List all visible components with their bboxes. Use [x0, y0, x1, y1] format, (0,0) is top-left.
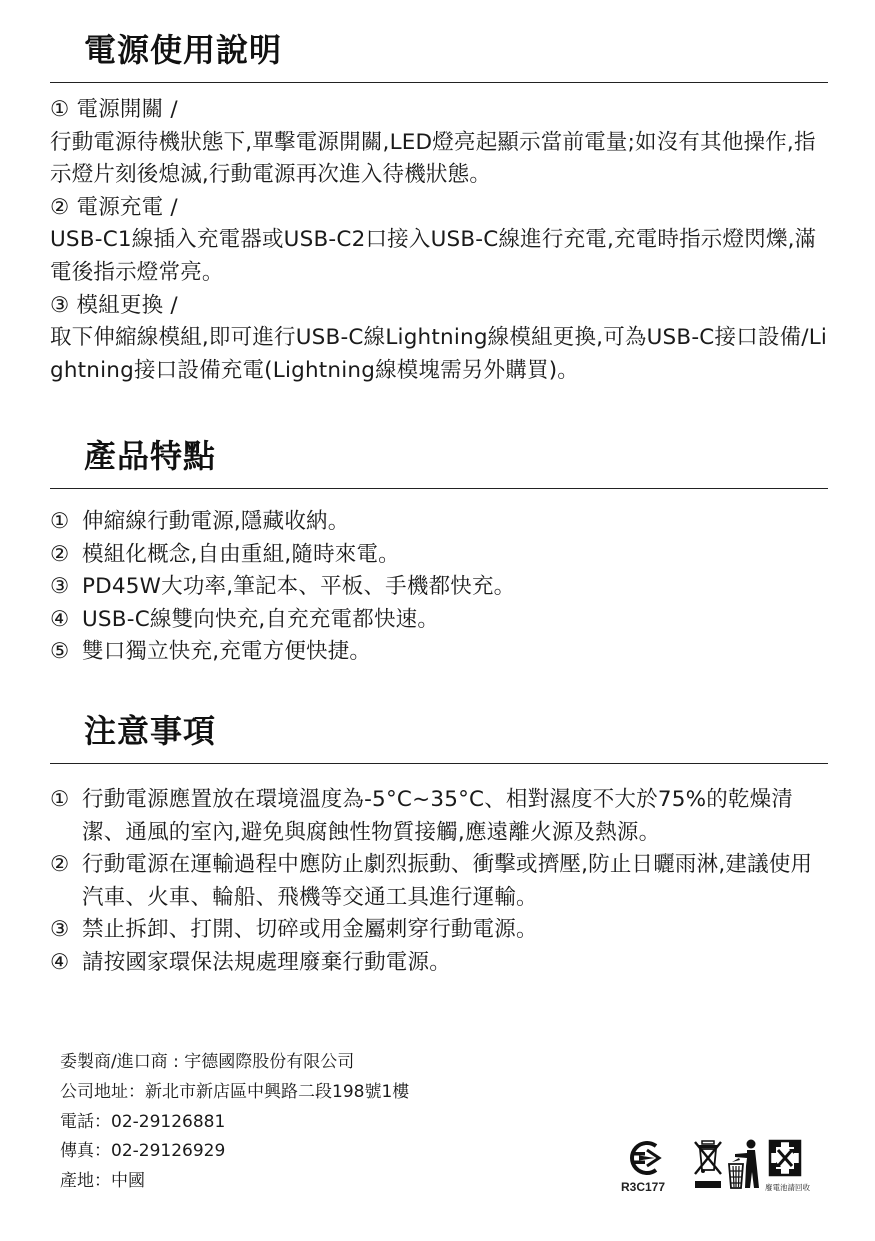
divider: [50, 82, 828, 83]
origin-line: 產地：中國: [60, 1167, 409, 1197]
item-text: USB-C線雙向快充,自充充電都快速。: [82, 604, 828, 637]
item-text: 禁止拆卸、打開、切碎或用金屬刺穿行動電源。: [82, 914, 828, 947]
feature-item: ③ PD45W大功率,筆記本、平板、手機都快充。: [50, 571, 828, 604]
caution-item: ④ 請按國家環保法規處理廢棄行動電源。: [50, 947, 828, 980]
phone-line: 電話：02-29126881: [60, 1108, 409, 1138]
caution-item: ② 行動電源在運輸過程中應防止劇烈振動、衝擊或擠壓,防止日曬雨淋,建議使用汽車、…: [50, 849, 828, 914]
usage-item-heading: ③ 模組更換 /: [50, 290, 828, 323]
address-line: 公司地址：新北市新店區中興路二段198號1樓: [60, 1078, 409, 1108]
usage-item-heading: ① 電源開關 /: [50, 94, 828, 127]
usage-item-text: USB-C1線插入充電器或USB-C2口接入USB-C線進行充電,充電時指示燈閃…: [50, 224, 828, 289]
company-info: 委製商/進口商 : 宇德國際股份有限公司 公司地址：新北市新店區中興路二段198…: [60, 1048, 409, 1197]
item-number: ⑤: [50, 636, 82, 669]
item-number: ③: [50, 571, 82, 604]
item-number: ③: [50, 914, 82, 947]
item-text: 行動電源在運輸過程中應防止劇烈振動、衝擊或擠壓,防止日曬雨淋,建議使用汽車、火車…: [82, 849, 828, 914]
caution-item: ① 行動電源應置放在環境溫度為-5°C~35°C、相對濕度不大於75%的乾燥清潔…: [50, 784, 828, 849]
item-number: ④: [50, 604, 82, 637]
recycle-caption: 廢電池請回收: [765, 1182, 810, 1193]
cautions-list: ① 行動電源應置放在環境溫度為-5°C~35°C、相對濕度不大於75%的乾燥清潔…: [50, 784, 828, 980]
cautions-section: 注意事項 ① 行動電源應置放在環境溫度為-5°C~35°C、相對濕度不大於75%…: [50, 711, 828, 980]
feature-item: ① 伸縮線行動電源,隱藏收納。: [50, 506, 828, 539]
item-number: ①: [50, 784, 82, 849]
tidyman-icon: [727, 1138, 761, 1190]
item-number: ①: [50, 506, 82, 539]
item-number: ④: [50, 947, 82, 980]
manufacturer-line: 委製商/進口商 : 宇德國際股份有限公司: [60, 1048, 409, 1078]
divider: [50, 488, 828, 489]
feature-item: ⑤ 雙口獨立快充,充電方便快捷。: [50, 636, 828, 669]
certification-logos: R3C177 廢電池請回收: [615, 1136, 845, 1196]
feature-item: ④ USB-C線雙向快充,自充充電都快速。: [50, 604, 828, 637]
divider: [50, 763, 828, 764]
item-text: 伸縮線行動電源,隱藏收納。: [82, 506, 828, 539]
item-number: ②: [50, 539, 82, 572]
item-number: ②: [50, 849, 82, 914]
usage-section: 電源使用說明 ① 電源開關 / 行動電源待機狀態下,單擊電源開關,LED燈亮起顯…: [50, 30, 828, 387]
bsmi-code: R3C177: [621, 1180, 665, 1194]
item-text: 行動電源應置放在環境溫度為-5°C~35°C、相對濕度不大於75%的乾燥清潔、通…: [82, 784, 828, 849]
item-text: PD45W大功率,筆記本、平板、手機都快充。: [82, 571, 828, 604]
fax-line: 傳真：02-29126929: [60, 1137, 409, 1167]
features-list: ① 伸縮線行動電源,隱藏收納。 ② 模組化概念,自由重組,隨時來電。 ③ PD4…: [50, 506, 828, 669]
section-title-cautions: 注意事項: [50, 711, 828, 751]
battery-recycle-icon: [767, 1138, 803, 1178]
crossed-bin-icon: [693, 1138, 723, 1190]
item-text: 請按國家環保法規處理廢棄行動電源。: [82, 947, 828, 980]
caution-item: ③ 禁止拆卸、打開、切碎或用金屬刺穿行動電源。: [50, 914, 828, 947]
item-text: 雙口獨立快充,充電方便快捷。: [82, 636, 828, 669]
usage-item-heading: ② 電源充電 /: [50, 192, 828, 225]
feature-item: ② 模組化概念,自由重組,隨時來電。: [50, 539, 828, 572]
section-title-features: 產品特點: [50, 436, 828, 476]
item-text: 模組化概念,自由重組,隨時來電。: [82, 539, 828, 572]
bsmi-mark-icon: [625, 1138, 665, 1178]
usage-item-text: 取下伸縮線模組,即可進行USB-C線Lightning線模組更換,可為USB-C…: [50, 322, 828, 387]
usage-body: ① 電源開關 / 行動電源待機狀態下,單擊電源開關,LED燈亮起顯示當前電量;如…: [50, 94, 828, 387]
usage-item-text: 行動電源待機狀態下,單擊電源開關,LED燈亮起顯示當前電量;如沒有其他操作,指示…: [50, 127, 828, 192]
features-section: 產品特點 ① 伸縮線行動電源,隱藏收納。 ② 模組化概念,自由重組,隨時來電。 …: [50, 436, 828, 669]
section-title-usage: 電源使用說明: [50, 30, 828, 70]
